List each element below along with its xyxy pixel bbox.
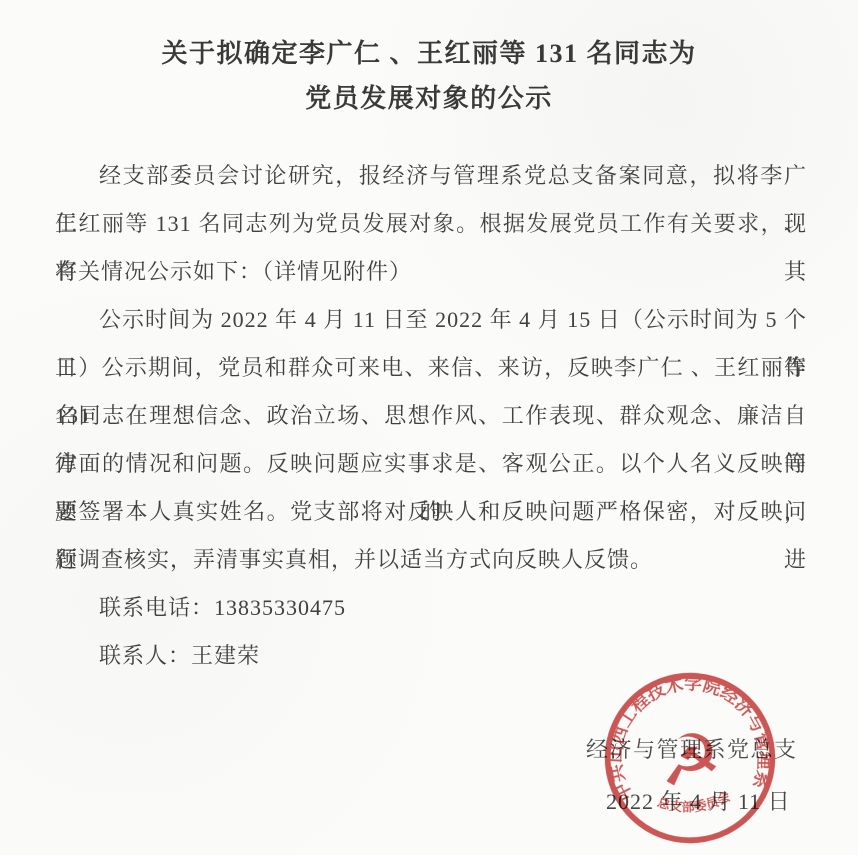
body-line: 名同志在理想信念、政治立场、思想作风、工作表现、群众观念、廉洁自律等 bbox=[55, 392, 807, 440]
body-line: 方面的情况和问题。反映问题应实事求是、客观公正。以个人名义反映问题的， bbox=[55, 440, 807, 488]
notice-document: 关于拟确定李广仁 、王红丽等 131 名同志为 党员发展对象的公示 经支部委员会… bbox=[0, 0, 858, 855]
official-seal: 中共山西工程技术学院经济与管理系 总支部委员会 ☭ bbox=[594, 662, 787, 855]
body-line: 王红丽等 131 名同志列为党员发展对象。根据发展党员工作有关要求，现将其 bbox=[55, 200, 807, 248]
body-line: 公示时间为 2022 年 4 月 11 日至 2022 年 4 月 15 日（公… bbox=[55, 296, 807, 344]
body-line: 日）公示期间，党员和群众可来电、来信、来访，反映李广仁 、王红丽等 131 bbox=[55, 344, 807, 392]
contact-phone-line: 联系电话：13835330475 bbox=[55, 584, 807, 632]
hammer-and-sickle-icon: ☭ bbox=[656, 718, 725, 803]
official-seal-graphic: 中共山西工程技术学院经济与管理系 总支部委员会 ☭ bbox=[594, 662, 787, 855]
document-title-line2: 党员发展对象的公示 bbox=[0, 81, 858, 117]
body-line: 经支部委员会讨论研究，报经济与管理系党总支备案同意，拟将李广仁 、 bbox=[55, 152, 807, 200]
document-title-line1: 关于拟确定李广仁 、王红丽等 131 名同志为 bbox=[0, 36, 858, 72]
document-body: 经支部委员会讨论研究，报经济与管理系党总支备案同意，拟将李广仁 、 王红丽等 1… bbox=[55, 152, 807, 680]
body-line: 要签署本人真实姓名。党支部将对反映人和反映问题严格保密，对反映问题进 bbox=[55, 488, 807, 536]
